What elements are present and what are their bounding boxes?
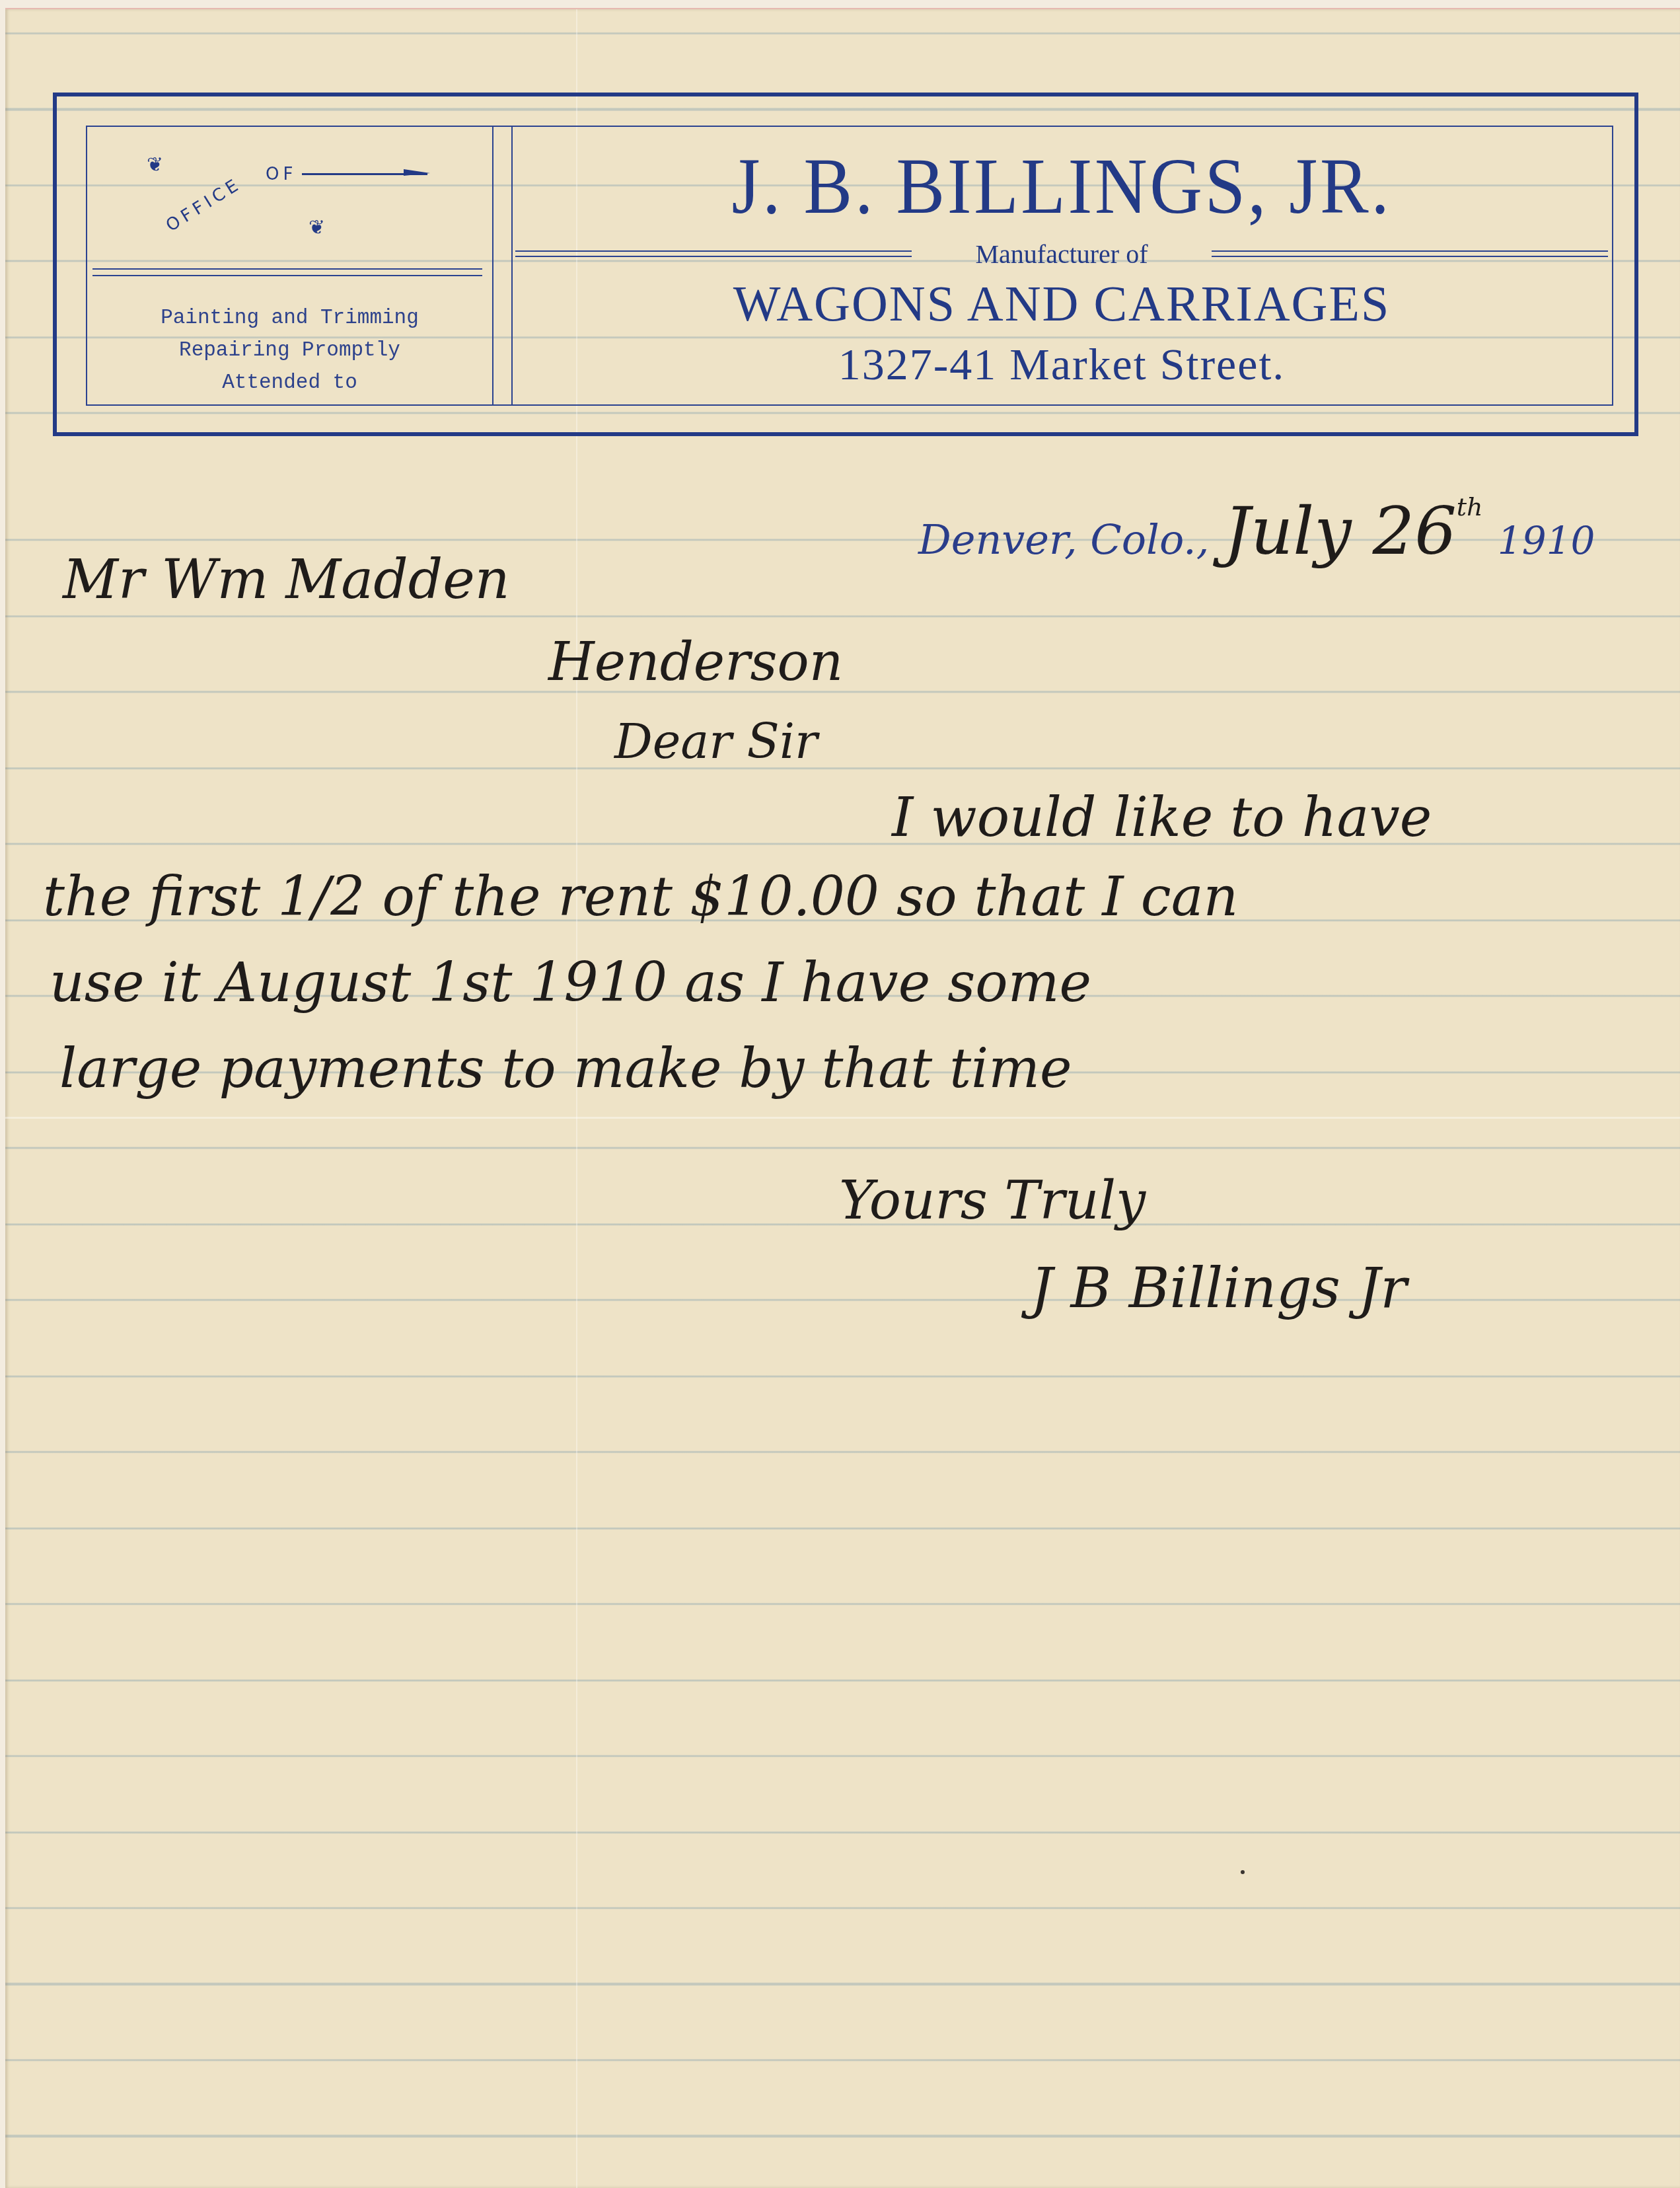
letterhead-right-panel: J. B. BILLINGS, JR. Manufacturer of WAGO… xyxy=(513,127,1611,404)
closing: Yours Truly xyxy=(839,1170,1146,1231)
recipient-town: Henderson xyxy=(548,631,843,693)
body-line: use it August 1st 1910 as I have some xyxy=(50,952,1091,1014)
greeting: Dear Sir xyxy=(614,714,817,769)
signature: J B Billings Jr xyxy=(1031,1256,1407,1320)
date-suffix: th xyxy=(1457,492,1483,521)
date-line: Denver, Colo., July 26th 1910 xyxy=(918,492,1595,570)
services-text: Painting and Trimming Repairing Promptly… xyxy=(87,302,492,399)
ink-speck xyxy=(1241,1870,1245,1874)
service-line: Repairing Promptly xyxy=(87,334,492,367)
fleuron-icon: ❦ xyxy=(309,216,325,239)
double-rule xyxy=(92,268,482,276)
recipient-name: Mr Wm Madden xyxy=(63,548,510,611)
letterhead-frame: ❦ OFFICE OF ❦ Painting and Trimming Repa… xyxy=(53,93,1638,436)
address-line: 1327-41 Market Street. xyxy=(513,338,1611,391)
letterhead-left-panel: ❦ OFFICE OF ❦ Painting and Trimming Repa… xyxy=(87,127,493,404)
office-of-block: ❦ OFFICE OF ❦ xyxy=(133,150,490,269)
place-printed: Denver, Colo., xyxy=(918,515,1210,564)
service-line: Attended to xyxy=(87,367,492,399)
body-line: I would like to have xyxy=(892,786,1432,849)
body-line: the first 1/2 of the rent $10.00 so that… xyxy=(43,866,1238,928)
manufacturer-row: Manufacturer of xyxy=(513,243,1611,269)
service-line: Painting and Trimming xyxy=(87,302,492,334)
fold-crease-horizontal xyxy=(5,1117,1680,1119)
date-month-day: July 26 xyxy=(1224,492,1457,570)
office-of-of: OF xyxy=(266,165,297,184)
product-line: WAGONS AND CARRIAGES xyxy=(513,276,1611,333)
body-line: large payments to make by that time xyxy=(59,1037,1072,1100)
letterhead-inner-frame: ❦ OFFICE OF ❦ Painting and Trimming Repa… xyxy=(86,126,1613,406)
firm-name: J. B. BILLINGS, JR. xyxy=(556,147,1566,226)
office-of-label: OFFICE xyxy=(163,174,245,236)
office-of-line xyxy=(302,173,427,175)
date-year: 1910 xyxy=(1498,518,1595,563)
double-rule-right xyxy=(1212,250,1608,257)
fleuron-icon: ❦ xyxy=(147,153,163,176)
